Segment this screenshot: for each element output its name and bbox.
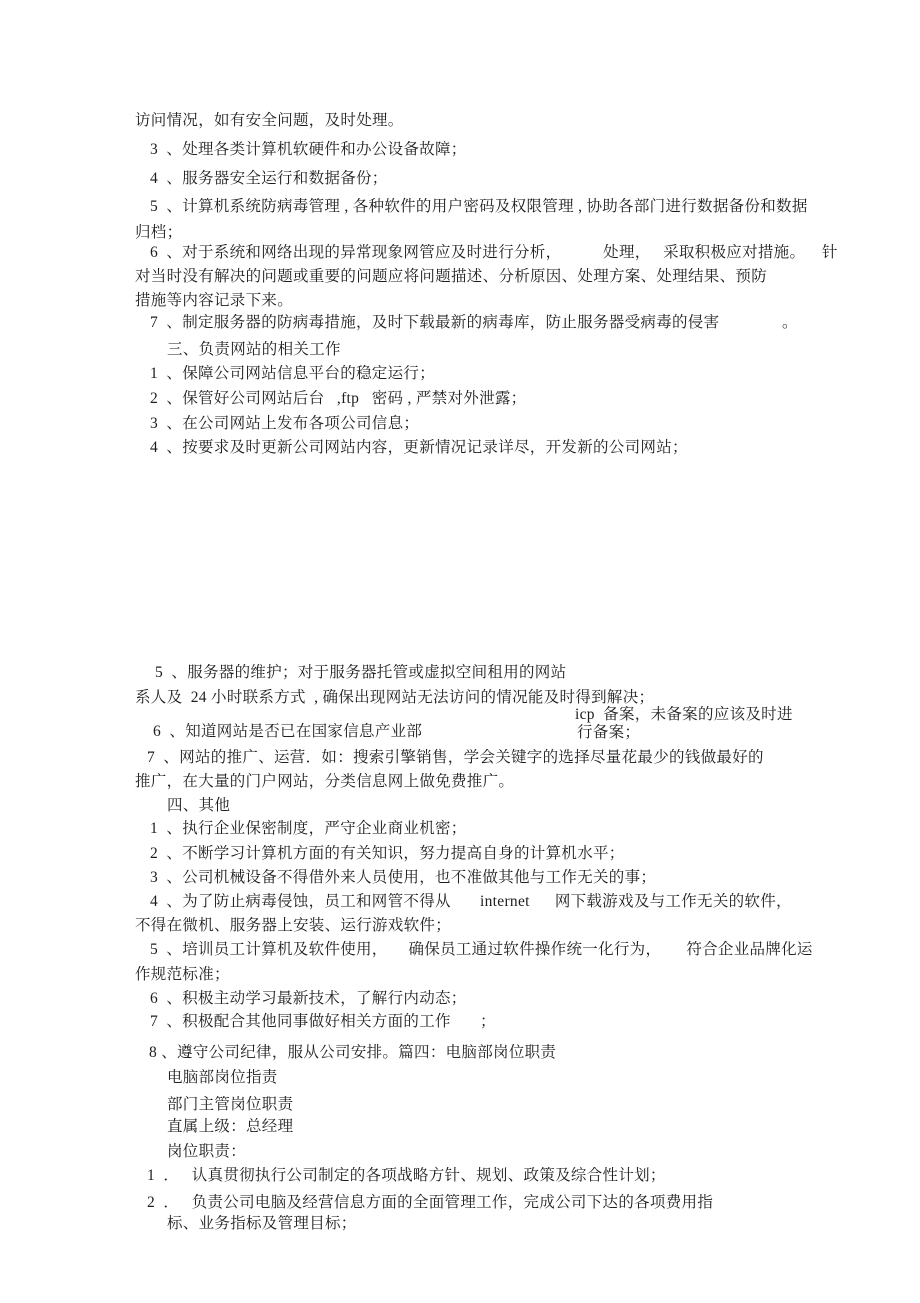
text-line: 推广，在大量的门户网站，分类信息网上做免费推广。	[135, 772, 514, 792]
text-line: 四、其他	[167, 796, 230, 816]
text-line: 部门主管岗位职责	[167, 1095, 293, 1115]
text-line: 6 、积极主动学习最新技术，了解行内动态；	[150, 989, 467, 1009]
text-line: 三、负责网站的相关工作	[167, 340, 341, 360]
text-line: 3 、公司机械设备不得借外来人员使用，也不准做其他与工作无关的事；	[150, 868, 656, 888]
text-line: 2 、不断学习计算机方面的有关知识，努力提高自身的计算机水平；	[150, 844, 625, 864]
text-line: 作规范标准；	[135, 965, 230, 985]
text-line: 1 、保障公司网站信息平台的稳定运行；	[150, 364, 435, 384]
text-line: 电脑部岗位指责	[167, 1068, 278, 1088]
text-line: 7 、积极配合其他同事做好相关方面的工作 ；	[150, 1012, 496, 1032]
document-body: 访问情况，如有安全问题，及时处理。3 、处理各类计算机软硬件和办公设备故障；4 …	[0, 0, 920, 1303]
text-line: 行备案；	[577, 723, 640, 743]
text-line: 不得在微机、服务器上安装、运行游戏软件；	[135, 916, 451, 936]
text-line: 3 、处理各类计算机软硬件和办公设备故障；	[150, 140, 467, 160]
text-line: 对当时没有解决的问题或重要的问题应将问题描述、分析原因、处理方案、处理结果、预防	[135, 267, 767, 287]
text-line: 8 、遵守公司纪律，服从公司安排。篇四：电脑部岗位职责	[149, 1043, 556, 1063]
text-line: 直属上级：总经理	[167, 1117, 293, 1137]
document-page: 访问情况，如有安全问题，及时处理。3 、处理各类计算机软硬件和办公设备故障；4 …	[0, 0, 920, 1303]
text-line: 4 、按要求及时更新公司网站内容，更新情况记录详尽，开发新的公司网站；	[150, 438, 688, 458]
text-line: 6 、知道网站是否已在国家信息产业部	[153, 722, 422, 742]
text-line: 6 、对于系统和网络出现的异常现象网管应及时进行分析， 处理， 采取积极应对措施…	[150, 243, 838, 263]
text-line: 2 、保管好公司网站后台 ,ftp 密码 , 严禁对外泄露；	[150, 389, 526, 409]
text-line: 措施等内容记录下来。	[135, 291, 293, 311]
text-line: 4 、为了防止病毒侵蚀，员工和网管不得从 internet 网下载游戏及与工作无…	[150, 892, 792, 912]
text-line: 3 、在公司网站上发布各项公司信息；	[150, 414, 419, 434]
text-line: icp 备案，未备案的应该及时进	[575, 705, 793, 725]
text-line: 访问情况，如有安全问题，及时处理。	[135, 111, 404, 131]
text-line: 岗位职责：	[167, 1142, 246, 1162]
text-line: 5 、服务器的维护；对于服务器托管或虚拟空间租用的网站	[155, 663, 566, 683]
text-line: 4 、服务器安全运行和数据备份；	[150, 169, 388, 189]
text-line: 1 ． 认真贯彻执行公司制定的各项战略方针、规划、政策及综合性计划；	[147, 1166, 666, 1186]
text-line: 1 、执行企业保密制度，严守企业商业机密；	[150, 819, 467, 839]
text-line: 归档；	[135, 223, 182, 243]
text-line: 5 、计算机系统防病毒管理 , 各种软件的用户密码及权限管理 , 协助各部门进行…	[150, 197, 808, 217]
text-line: 7 、网站的推广、运营．如：搜索引擎销售，学会关键字的选择尽量花最少的钱做最好的	[147, 748, 764, 768]
text-line: 2 ． 负责公司电脑及经营信息方面的全面管理工作，完成公司下达的各项费用指	[147, 1193, 713, 1213]
text-line: 5 、培训员工计算机及软件使用， 确保员工通过软件操作统一化行为， 符合企业品牌…	[150, 940, 813, 960]
text-line: 标、业务指标及管理目标；	[167, 1214, 357, 1234]
text-line: 7 、制定服务器的防病毒措施，及时下载最新的病毒库，防止服务器受病毒的侵害 。	[150, 313, 798, 333]
